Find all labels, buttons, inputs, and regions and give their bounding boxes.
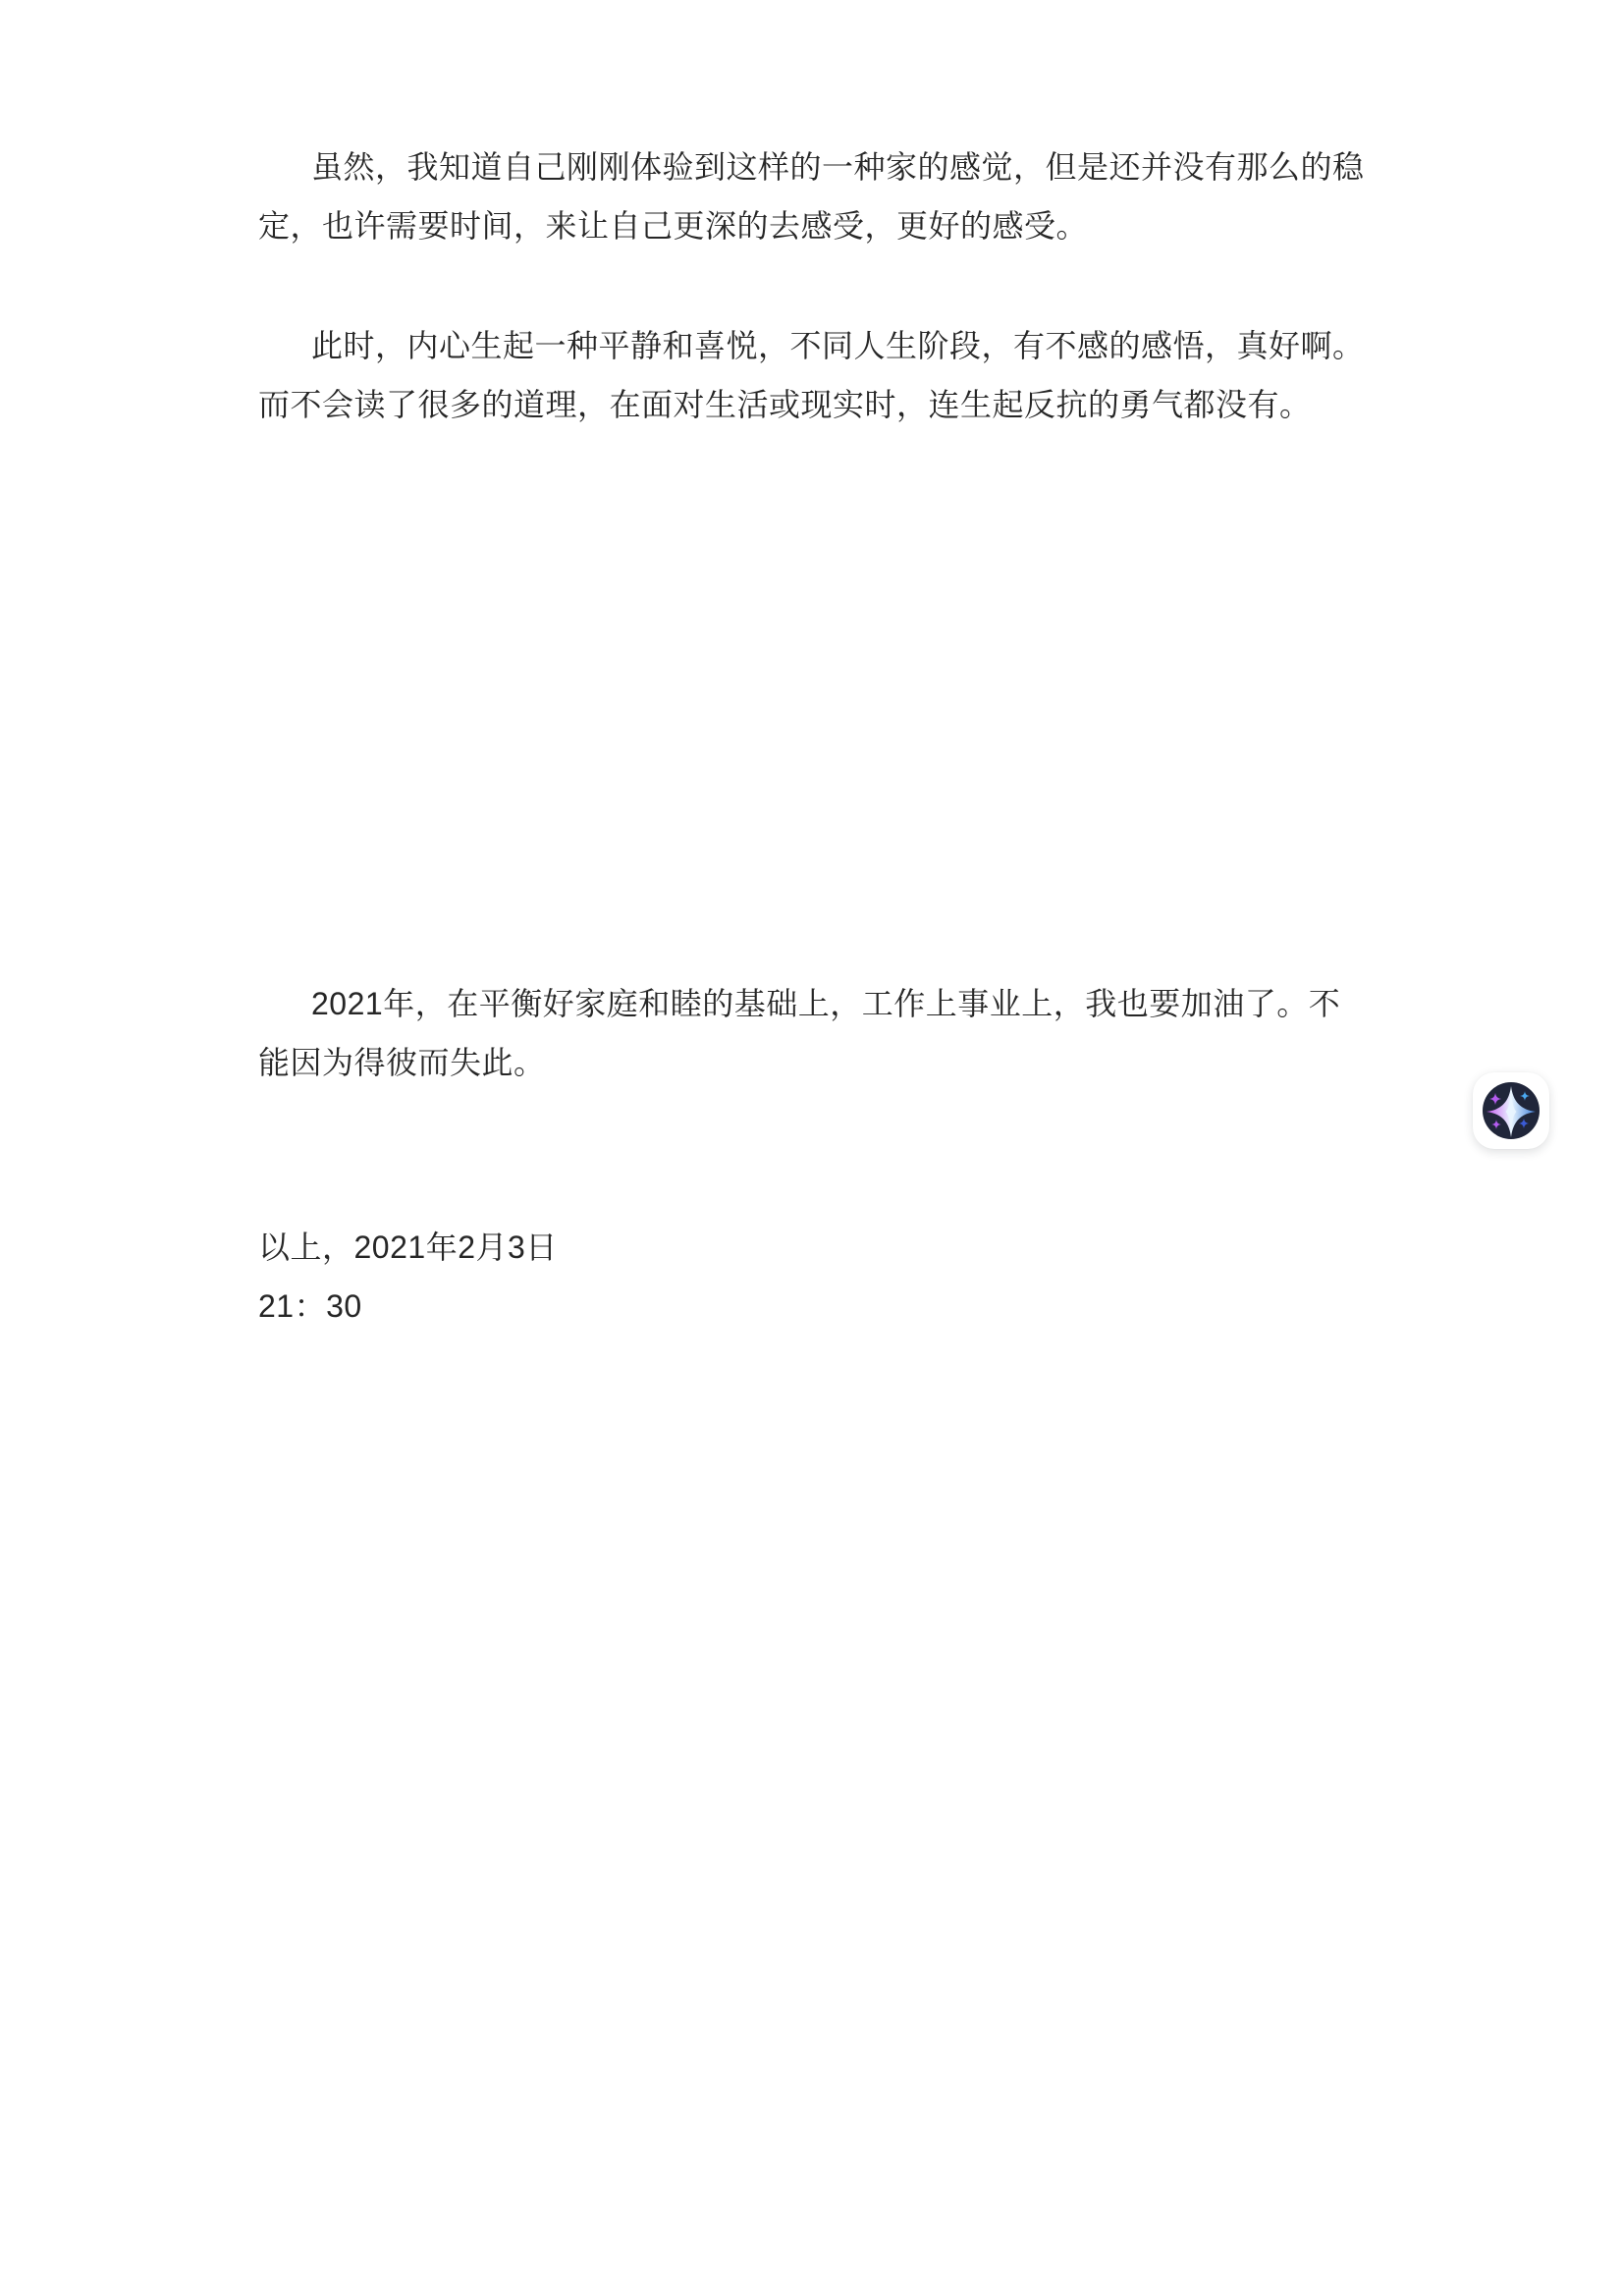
paragraph: 虽然，我知道自己刚刚体验到这样的一种家的感觉，但是还并没有那么的稳 定，也许需要… [258, 137, 1378, 255]
time-line: 21：30 [258, 1277, 1378, 1336]
document-page: 虽然，我知道自己刚刚体验到这样的一种家的感觉，但是还并没有那么的稳 定，也许需要… [0, 0, 1622, 2296]
paragraph: 此时，内心生起一种平静和喜悦，不同人生阶段，有不感的感悟，真好啊。 而不会读了很… [258, 316, 1378, 434]
text-line: 此时，内心生起一种平静和喜悦，不同人生阶段，有不感的感悟，真好啊。 [258, 316, 1378, 375]
text-line: 虽然，我知道自己刚刚体验到这样的一种家的感觉，但是还并没有那么的稳 [258, 137, 1378, 196]
closing-date-line: 以上，2021年2月3日 [258, 1218, 1378, 1277]
paragraph: 2021年，在平衡好家庭和睦的基础上，工作上事业上，我也要加油了。不 能因为得彼… [258, 974, 1378, 1092]
text-line: 2021年，在平衡好家庭和睦的基础上，工作上事业上，我也要加油了。不 [258, 974, 1378, 1033]
sparkle-icon [1483, 1082, 1540, 1139]
text-line: 而不会读了很多的道理，在面对生活或现实时，连生起反抗的勇气都没有。 [258, 375, 1378, 434]
closing-block: 以上，2021年2月3日 21：30 [258, 1218, 1378, 1336]
text-line: 能因为得彼而失此。 [258, 1033, 1378, 1092]
ai-assistant-button[interactable] [1473, 1072, 1549, 1149]
document-body: 虽然，我知道自己刚刚体验到这样的一种家的感觉，但是还并没有那么的稳 定，也许需要… [258, 137, 1378, 1336]
text-line: 定，也许需要时间，来让自己更深的去感受，更好的感受。 [258, 196, 1378, 255]
